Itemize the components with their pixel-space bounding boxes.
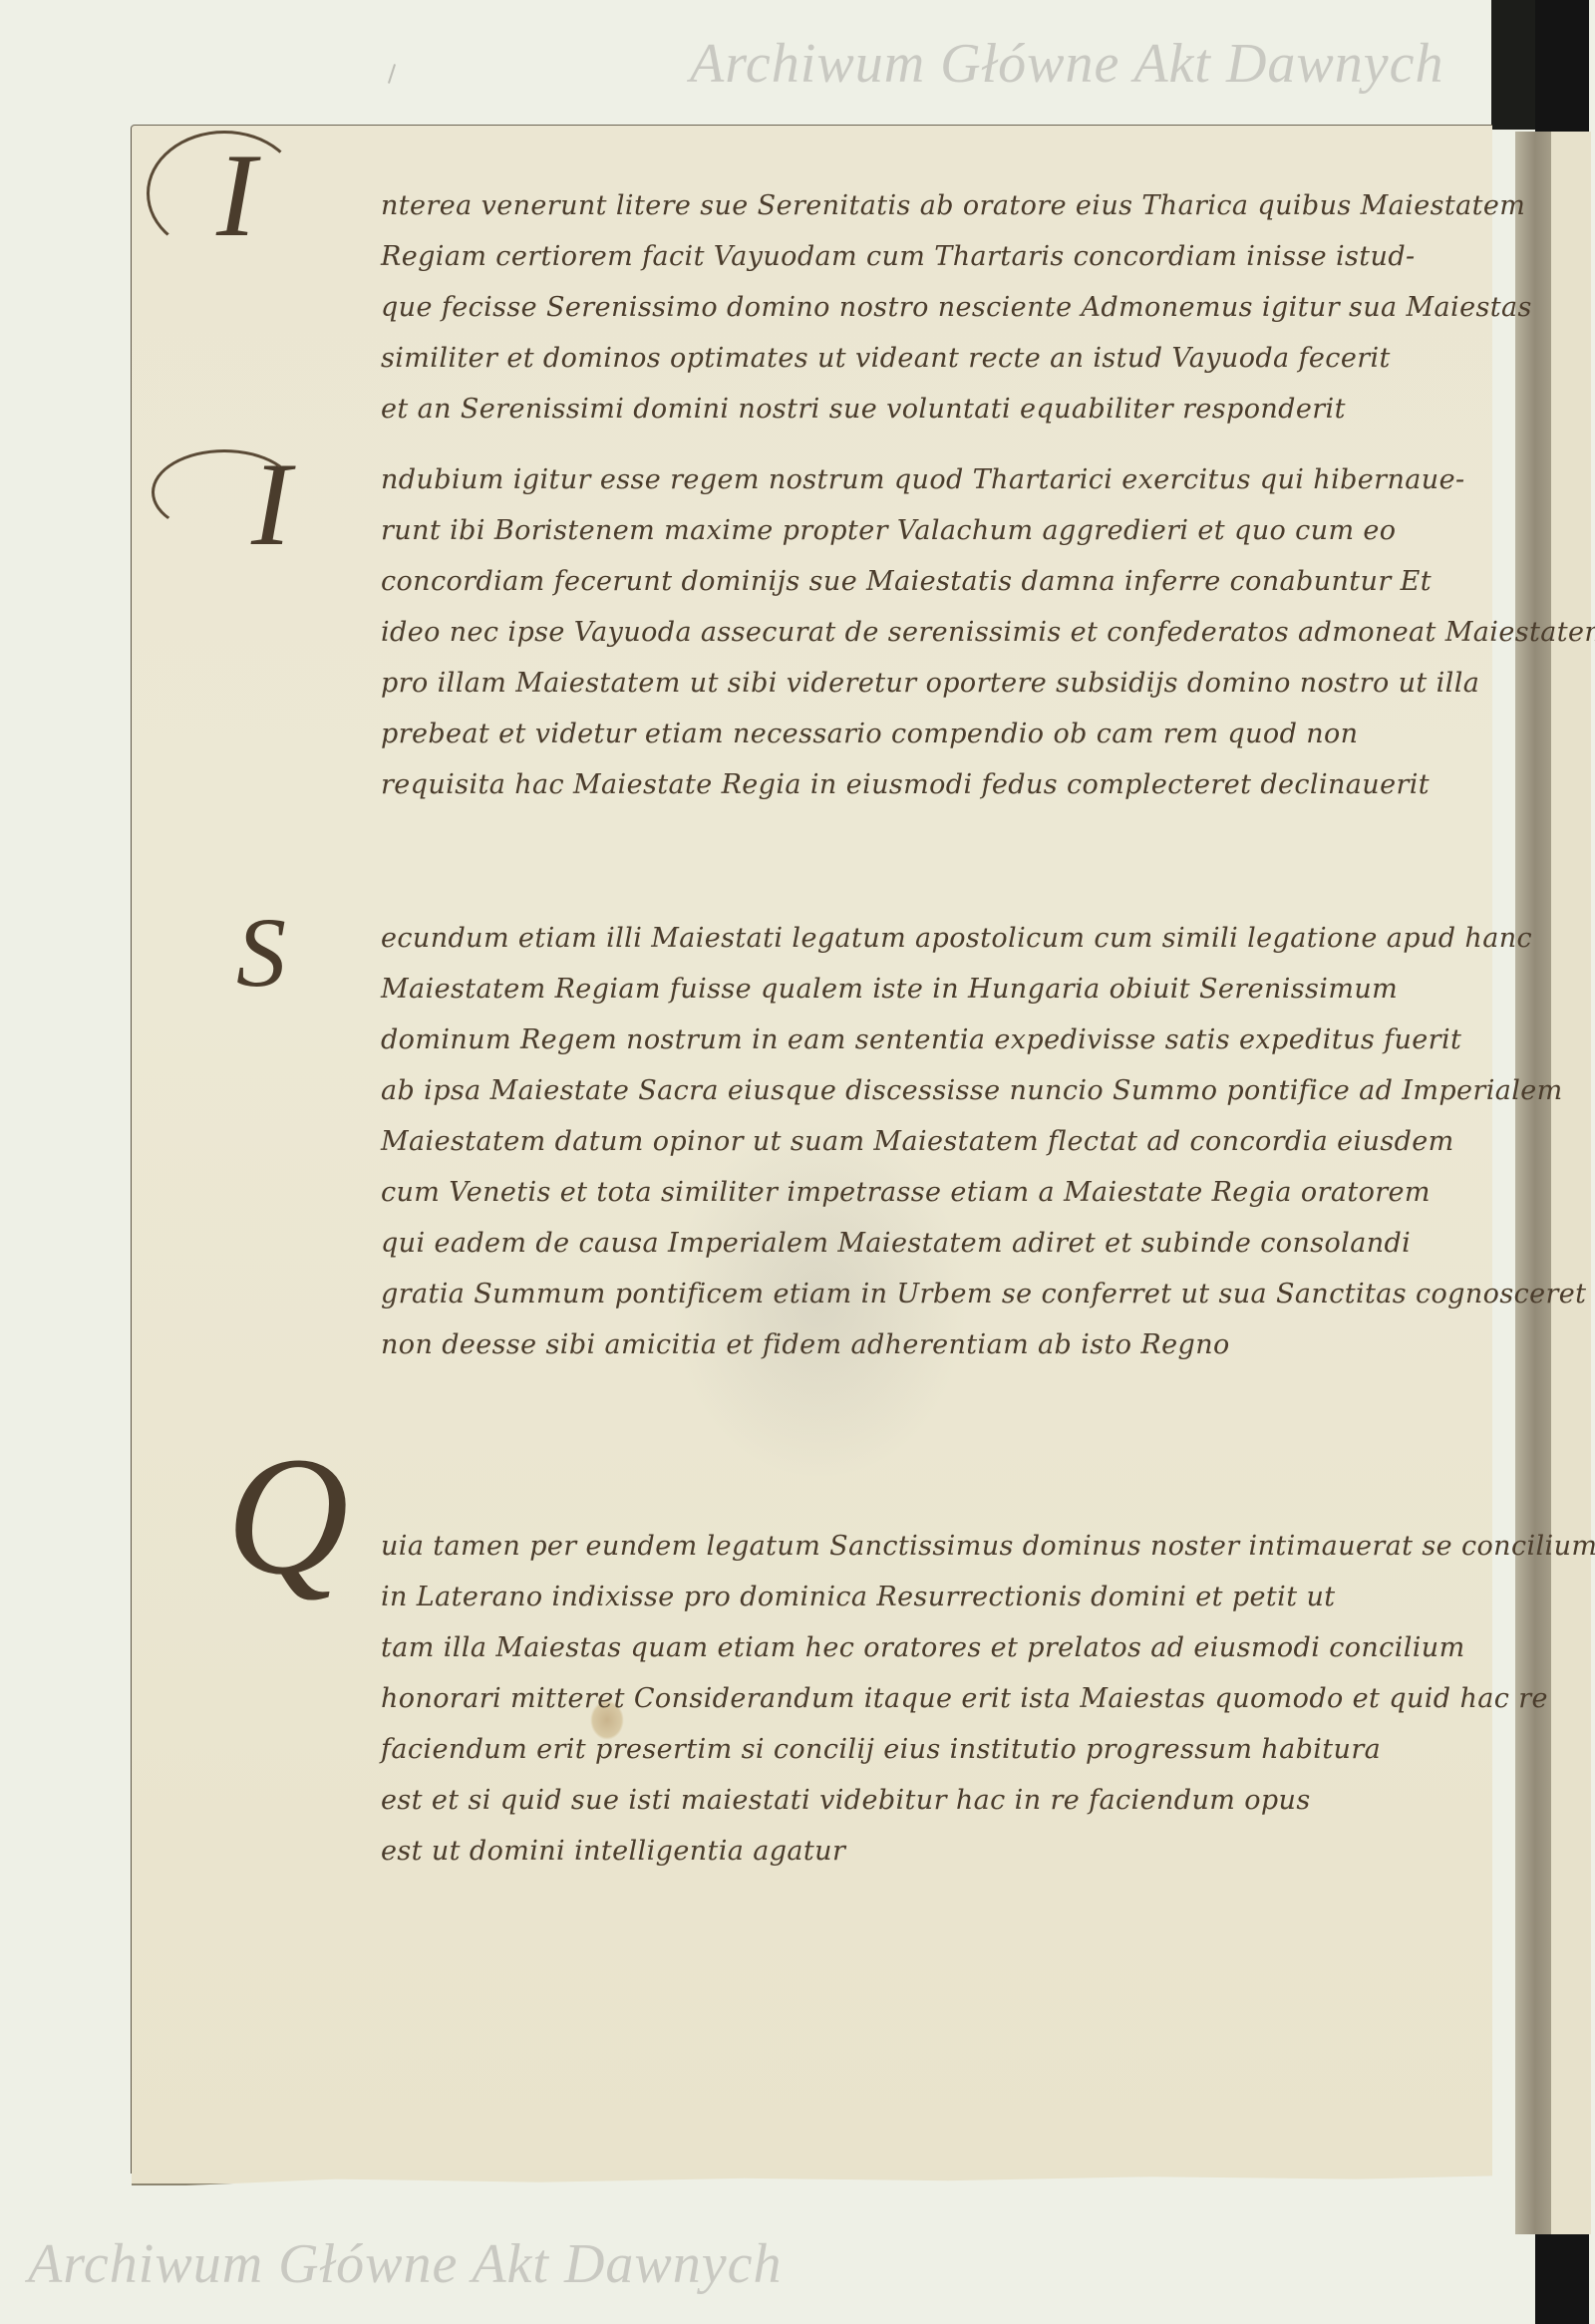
text-line: faciendum erit presertim si concilij eiu…	[381, 1724, 1457, 1775]
text-line: tam illa Maiestas quam etiam hec oratore…	[381, 1622, 1457, 1673]
text-line: ab ipsa Maiestate Sacra eiusque discessi…	[381, 1065, 1457, 1116]
initial-flourish	[147, 131, 302, 256]
text-line: prebeat et videtur etiam necessario comp…	[381, 709, 1457, 759]
text-line: non deesse sibi amicitia et fidem adhere…	[381, 1319, 1457, 1370]
text-line: uia tamen per eundem legatum Sanctissimu…	[381, 1521, 1457, 1572]
text-line: Maiestatem Regiam fuisse qualem iste in …	[381, 964, 1457, 1015]
text-line: nterea venerunt litere sue Serenitatis a…	[381, 180, 1457, 231]
text-line: ndubium igitur esse regem nostrum quod T…	[381, 454, 1457, 505]
text-line: dominum Regem nostrum in eam sententia e…	[381, 1015, 1457, 1065]
paragraph-4: uia tamen per eundem legatum Sanctissimu…	[381, 1521, 1457, 1877]
text-line: est ut domini intelligentia agatur	[381, 1826, 1457, 1877]
text-line: et an Serenissimi domini nostri sue volu…	[381, 384, 1457, 435]
text-line: ecundum etiam illi Maiestati legatum apo…	[381, 913, 1457, 964]
text-line: Maiestatem datum opinor ut suam Maiestat…	[381, 1116, 1457, 1167]
binding-tab	[1491, 0, 1541, 130]
initial-letter: Q	[226, 1431, 349, 1600]
text-line: qui eadem de causa Imperialem Maiestatem…	[381, 1218, 1457, 1269]
initial-flourish	[152, 449, 297, 535]
text-line: honorari mitteret Considerandum itaque e…	[381, 1673, 1457, 1724]
text-line: ideo nec ipse Vayuoda assecurat de seren…	[381, 607, 1457, 658]
watermark-bottom: Archiwum Główne Akt Dawnych	[28, 2232, 782, 2296]
text-line: concordiam fecerunt dominijs sue Maiesta…	[381, 556, 1457, 607]
text-line: cum Venetis et tota similiter impetrasse…	[381, 1167, 1457, 1218]
text-line: pro illam Maiestatem ut sibi videretur o…	[381, 658, 1457, 709]
text-line: requisita hac Maiestate Regia in eiusmod…	[381, 759, 1457, 810]
text-line: runt ibi Boristenem maxime propter Valac…	[381, 505, 1457, 556]
text-line: in Laterano indixisse pro dominica Resur…	[381, 1572, 1457, 1622]
initial-letter: S	[236, 903, 286, 1003]
text-line: Regiam certiorem facit Vayuodam cum Thar…	[381, 231, 1457, 282]
text-line: est et si quid sue isti maiestati videbi…	[381, 1775, 1457, 1826]
next-page-edge	[1551, 132, 1591, 2234]
paragraph-1: nterea venerunt litere sue Serenitatis a…	[381, 180, 1457, 435]
paragraph-2: ndubium igitur esse regem nostrum quod T…	[381, 454, 1457, 810]
text-line: similiter et dominos optimates ut videan…	[381, 333, 1457, 384]
text-line: que fecisse Serenissimo domino nostro ne…	[381, 282, 1457, 333]
pencil-mark	[388, 64, 396, 84]
text-line: gratia Summum pontificem etiam in Urbem …	[381, 1269, 1457, 1319]
gutter-shadow	[1515, 132, 1555, 2234]
watermark-top: Archiwum Główne Akt Dawnych	[690, 32, 1443, 96]
paragraph-3: ecundum etiam illi Maiestati legatum apo…	[381, 913, 1457, 1370]
manuscript-page: I nterea venerunt litere sue Serenitatis…	[131, 125, 1492, 2174]
